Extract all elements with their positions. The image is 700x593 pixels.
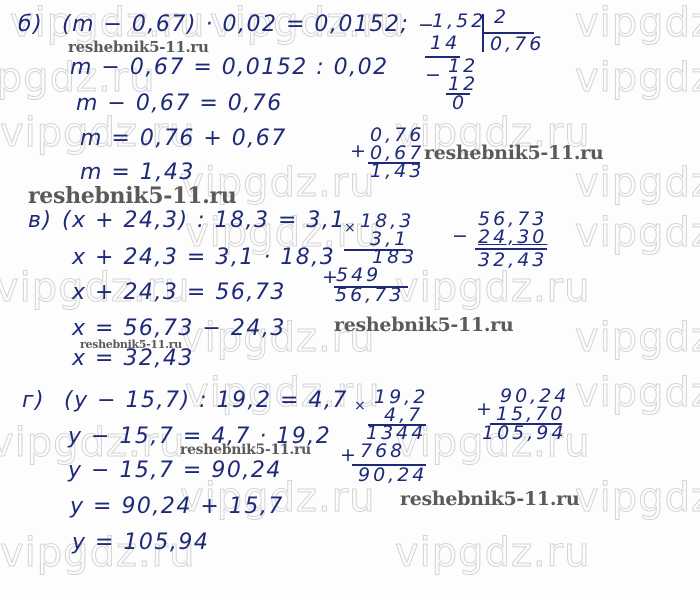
equation-step: x + 24,3 = 3,1 · 18,3 <box>72 245 335 270</box>
division-row: 0 <box>452 92 467 114</box>
equation-step: m − 0,67 = 0,0152 : 0,02 <box>70 55 389 80</box>
equation-step: x = 32,43 <box>72 346 194 371</box>
watermark-vipgdz: vipgdz.ru <box>575 475 700 521</box>
homework-page: vipgdz.ru vipgdz.ru vipgdz.ru vipgdz.ru … <box>0 0 700 593</box>
equation-step: x + 24,3 = 56,73 <box>72 280 286 305</box>
brand-watermark: reshebnik5-11.ru <box>28 183 236 209</box>
quotient: 0,76 <box>490 33 544 55</box>
equation-step: y − 15,7 = 90,24 <box>68 458 282 483</box>
equation-step: (x + 24,3) : 18,3 = 3,1 <box>62 208 346 233</box>
difference-result: 32,43 <box>478 249 547 271</box>
brand-watermark: reshebnik5-11.ru <box>68 38 209 56</box>
watermark-vipgdz: vipgdz.ru <box>575 55 700 101</box>
equation-step: (m − 0,67) · 0,02 = 0,0152; <box>62 12 409 37</box>
minus-sign: − <box>452 225 471 247</box>
equation-step: m − 0,67 = 0,76 <box>76 91 283 116</box>
sum-result: 105,94 <box>482 422 566 444</box>
equation-step: y − 15,7 = 4,7 · 19,2 <box>68 424 331 449</box>
plus-sign: + <box>340 444 359 466</box>
brand-watermark: reshebnik5-11.ru <box>400 488 579 510</box>
product-result: 56,73 <box>335 284 404 306</box>
problem-label: в) <box>28 208 53 233</box>
brand-watermark: reshebnik5-11.ru <box>334 314 513 336</box>
times-sign: × <box>344 220 359 236</box>
watermark-vipgdz: vipgdz.ru <box>575 370 700 416</box>
problem-label: б) <box>18 12 43 37</box>
equation-step: m = 1,43 <box>80 160 195 185</box>
watermark-vipgdz: vipgdz.ru <box>395 530 590 576</box>
equation-step: y = 105,94 <box>72 530 209 555</box>
problem-label: г) <box>22 388 45 413</box>
sum-result: 1,43 <box>370 160 424 182</box>
watermark-vipgdz: vipgdz.ru <box>575 315 700 361</box>
subtrahend: 24,30 <box>478 226 547 248</box>
divisor: 2 <box>494 6 509 28</box>
product-result: 90,24 <box>358 464 427 486</box>
partial-product: 549 <box>336 264 381 286</box>
brand-watermark: reshebnik5-11.ru <box>424 142 603 164</box>
watermark-vipgdz: vipgdz.ru <box>575 0 700 46</box>
division-row: 14 <box>430 32 460 54</box>
plus-sign: + <box>476 398 495 420</box>
dividend: 1,52 <box>432 10 486 32</box>
watermark-vipgdz: vipgdz.ru <box>395 265 590 311</box>
times-sign: × <box>354 398 369 414</box>
watermark-vipgdz: vipgdz.ru <box>575 210 700 256</box>
equation-step: x = 56,73 − 24,3 <box>72 316 286 341</box>
partial-product: 768 <box>360 440 405 462</box>
equation-step: (y − 15,7) : 19,2 = 4,7 <box>64 388 348 413</box>
minus-sign: − <box>425 64 444 86</box>
plus-sign: + <box>350 140 369 162</box>
watermark-vipgdz: vipgdz.ru <box>575 160 700 206</box>
equation-step: y = 90,24 + 15,7 <box>70 494 284 519</box>
equation-step: m = 0,76 + 0,67 <box>80 126 287 151</box>
